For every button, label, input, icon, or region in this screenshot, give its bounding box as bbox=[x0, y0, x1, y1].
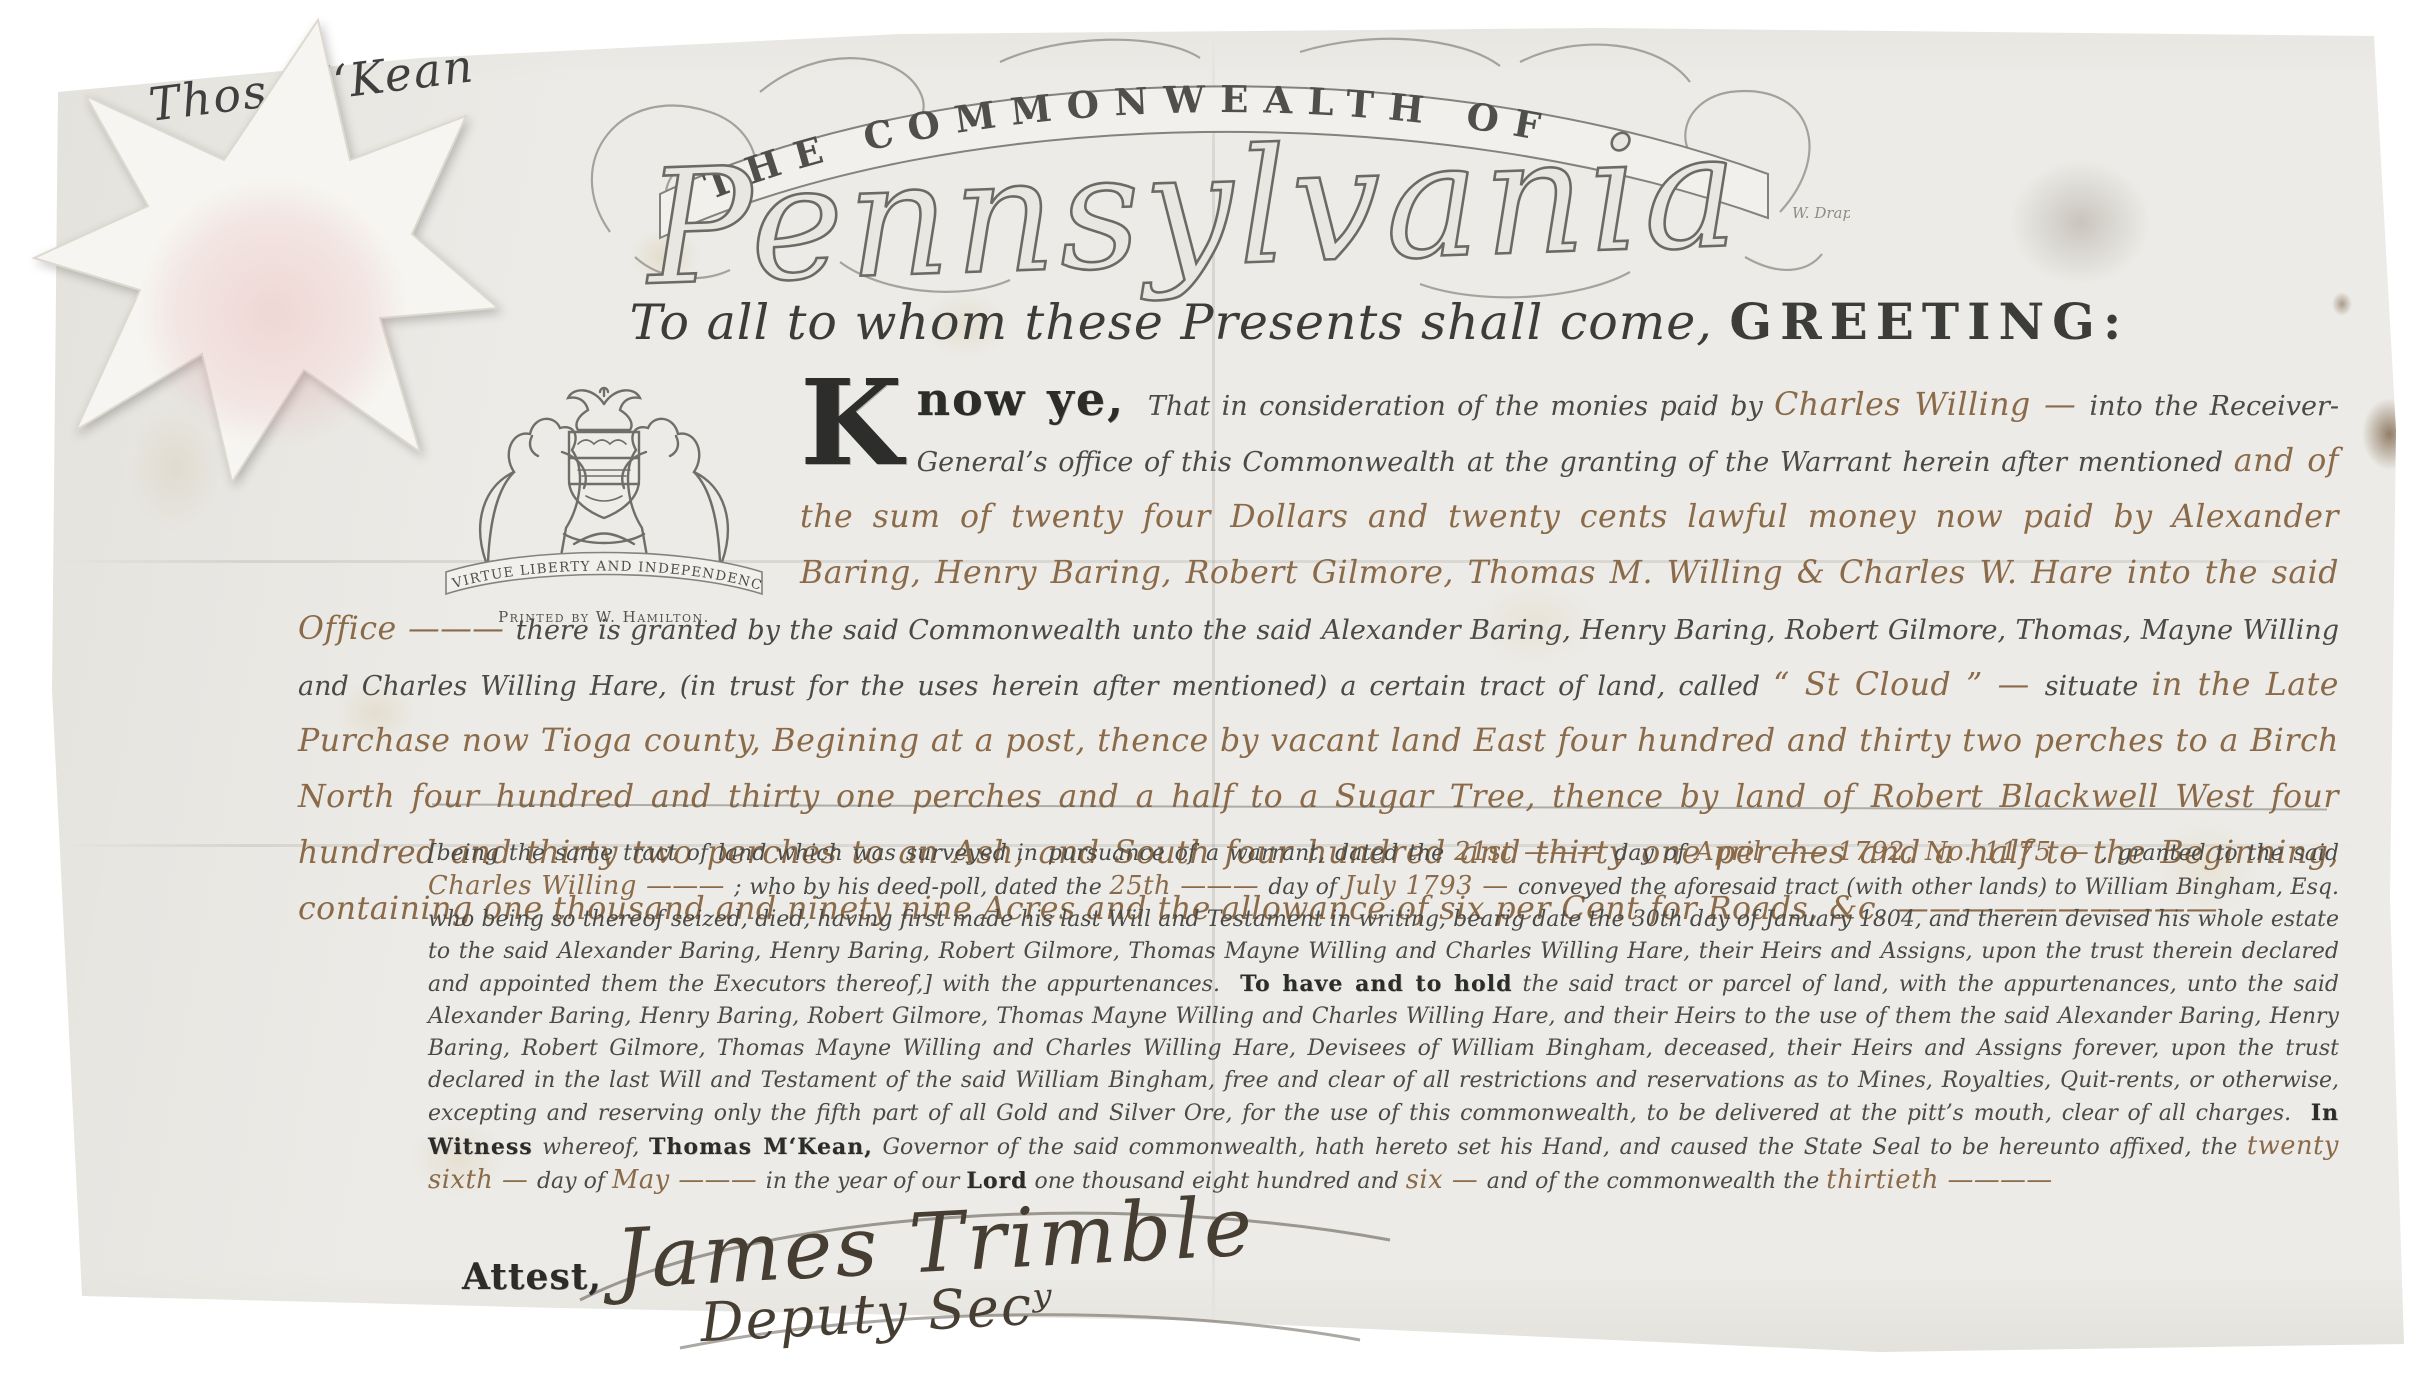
text-run-hand: Charles Willing ——— bbox=[428, 871, 734, 901]
text-run-hand: 25th ——— bbox=[1109, 871, 1268, 901]
text-run-printed: ; who by his deed-poll, dated the bbox=[734, 875, 1109, 900]
text-run-printed: whereof, bbox=[533, 1135, 649, 1160]
text-run-printed: day of bbox=[1268, 875, 1344, 900]
embossed-seal-impression bbox=[138, 178, 408, 448]
text-run-hand: thirtieth ———— bbox=[1826, 1165, 2052, 1195]
engraved-header: THE COMMONWEALTH OF Pennsylvania W. Drap… bbox=[540, 22, 1850, 322]
dropcap-K: K bbox=[800, 376, 903, 470]
text-run-hand: July 1793 — bbox=[1345, 871, 1518, 901]
title-script: Pennsylvania bbox=[641, 99, 1745, 321]
recital-text-runs: [being the same tract of land which was … bbox=[428, 841, 2348, 1194]
text-run-printed: That in consideration of the monies paid… bbox=[1137, 391, 1775, 422]
text-run-blackletter: Thomas M‘Kean, bbox=[649, 1134, 873, 1160]
text-run-blackletter: To have and to hold bbox=[1240, 971, 1512, 997]
know-ye-label: now ye, bbox=[917, 372, 1126, 426]
text-run-printed: and of the commonwealth the bbox=[1487, 1169, 1827, 1194]
text-run-hand: 21st ——— bbox=[1454, 837, 1614, 867]
recital-paragraph: [being the same tract of land which was … bbox=[428, 836, 2339, 1198]
ink-stain bbox=[2362, 398, 2417, 470]
text-run-printed: Governor of the said commonwealth, hath … bbox=[873, 1135, 2247, 1160]
text-run-hand: April —— 1792, No. 1175 — bbox=[1695, 837, 2101, 867]
text-run-printed: day of bbox=[1614, 841, 1695, 866]
document-photo: Thos M‘Kean THE COMMO bbox=[0, 0, 2419, 1380]
star-wafer-seal bbox=[18, 8, 518, 508]
text-run-printed: [being the same tract of land which was … bbox=[428, 841, 1454, 866]
text-run-hand: Charles Willing — bbox=[1774, 387, 2089, 423]
engraver-credit: W. Draper Philad. bbox=[1792, 204, 1850, 222]
text-run-hand: “ St Cloud ” — bbox=[1773, 667, 2045, 703]
text-run-printed: , granted to the said bbox=[2101, 841, 2346, 866]
attest-label: Attest, bbox=[462, 1256, 602, 1298]
text-run-printed: situate bbox=[2045, 671, 2152, 702]
smudge-stain bbox=[2010, 160, 2150, 285]
